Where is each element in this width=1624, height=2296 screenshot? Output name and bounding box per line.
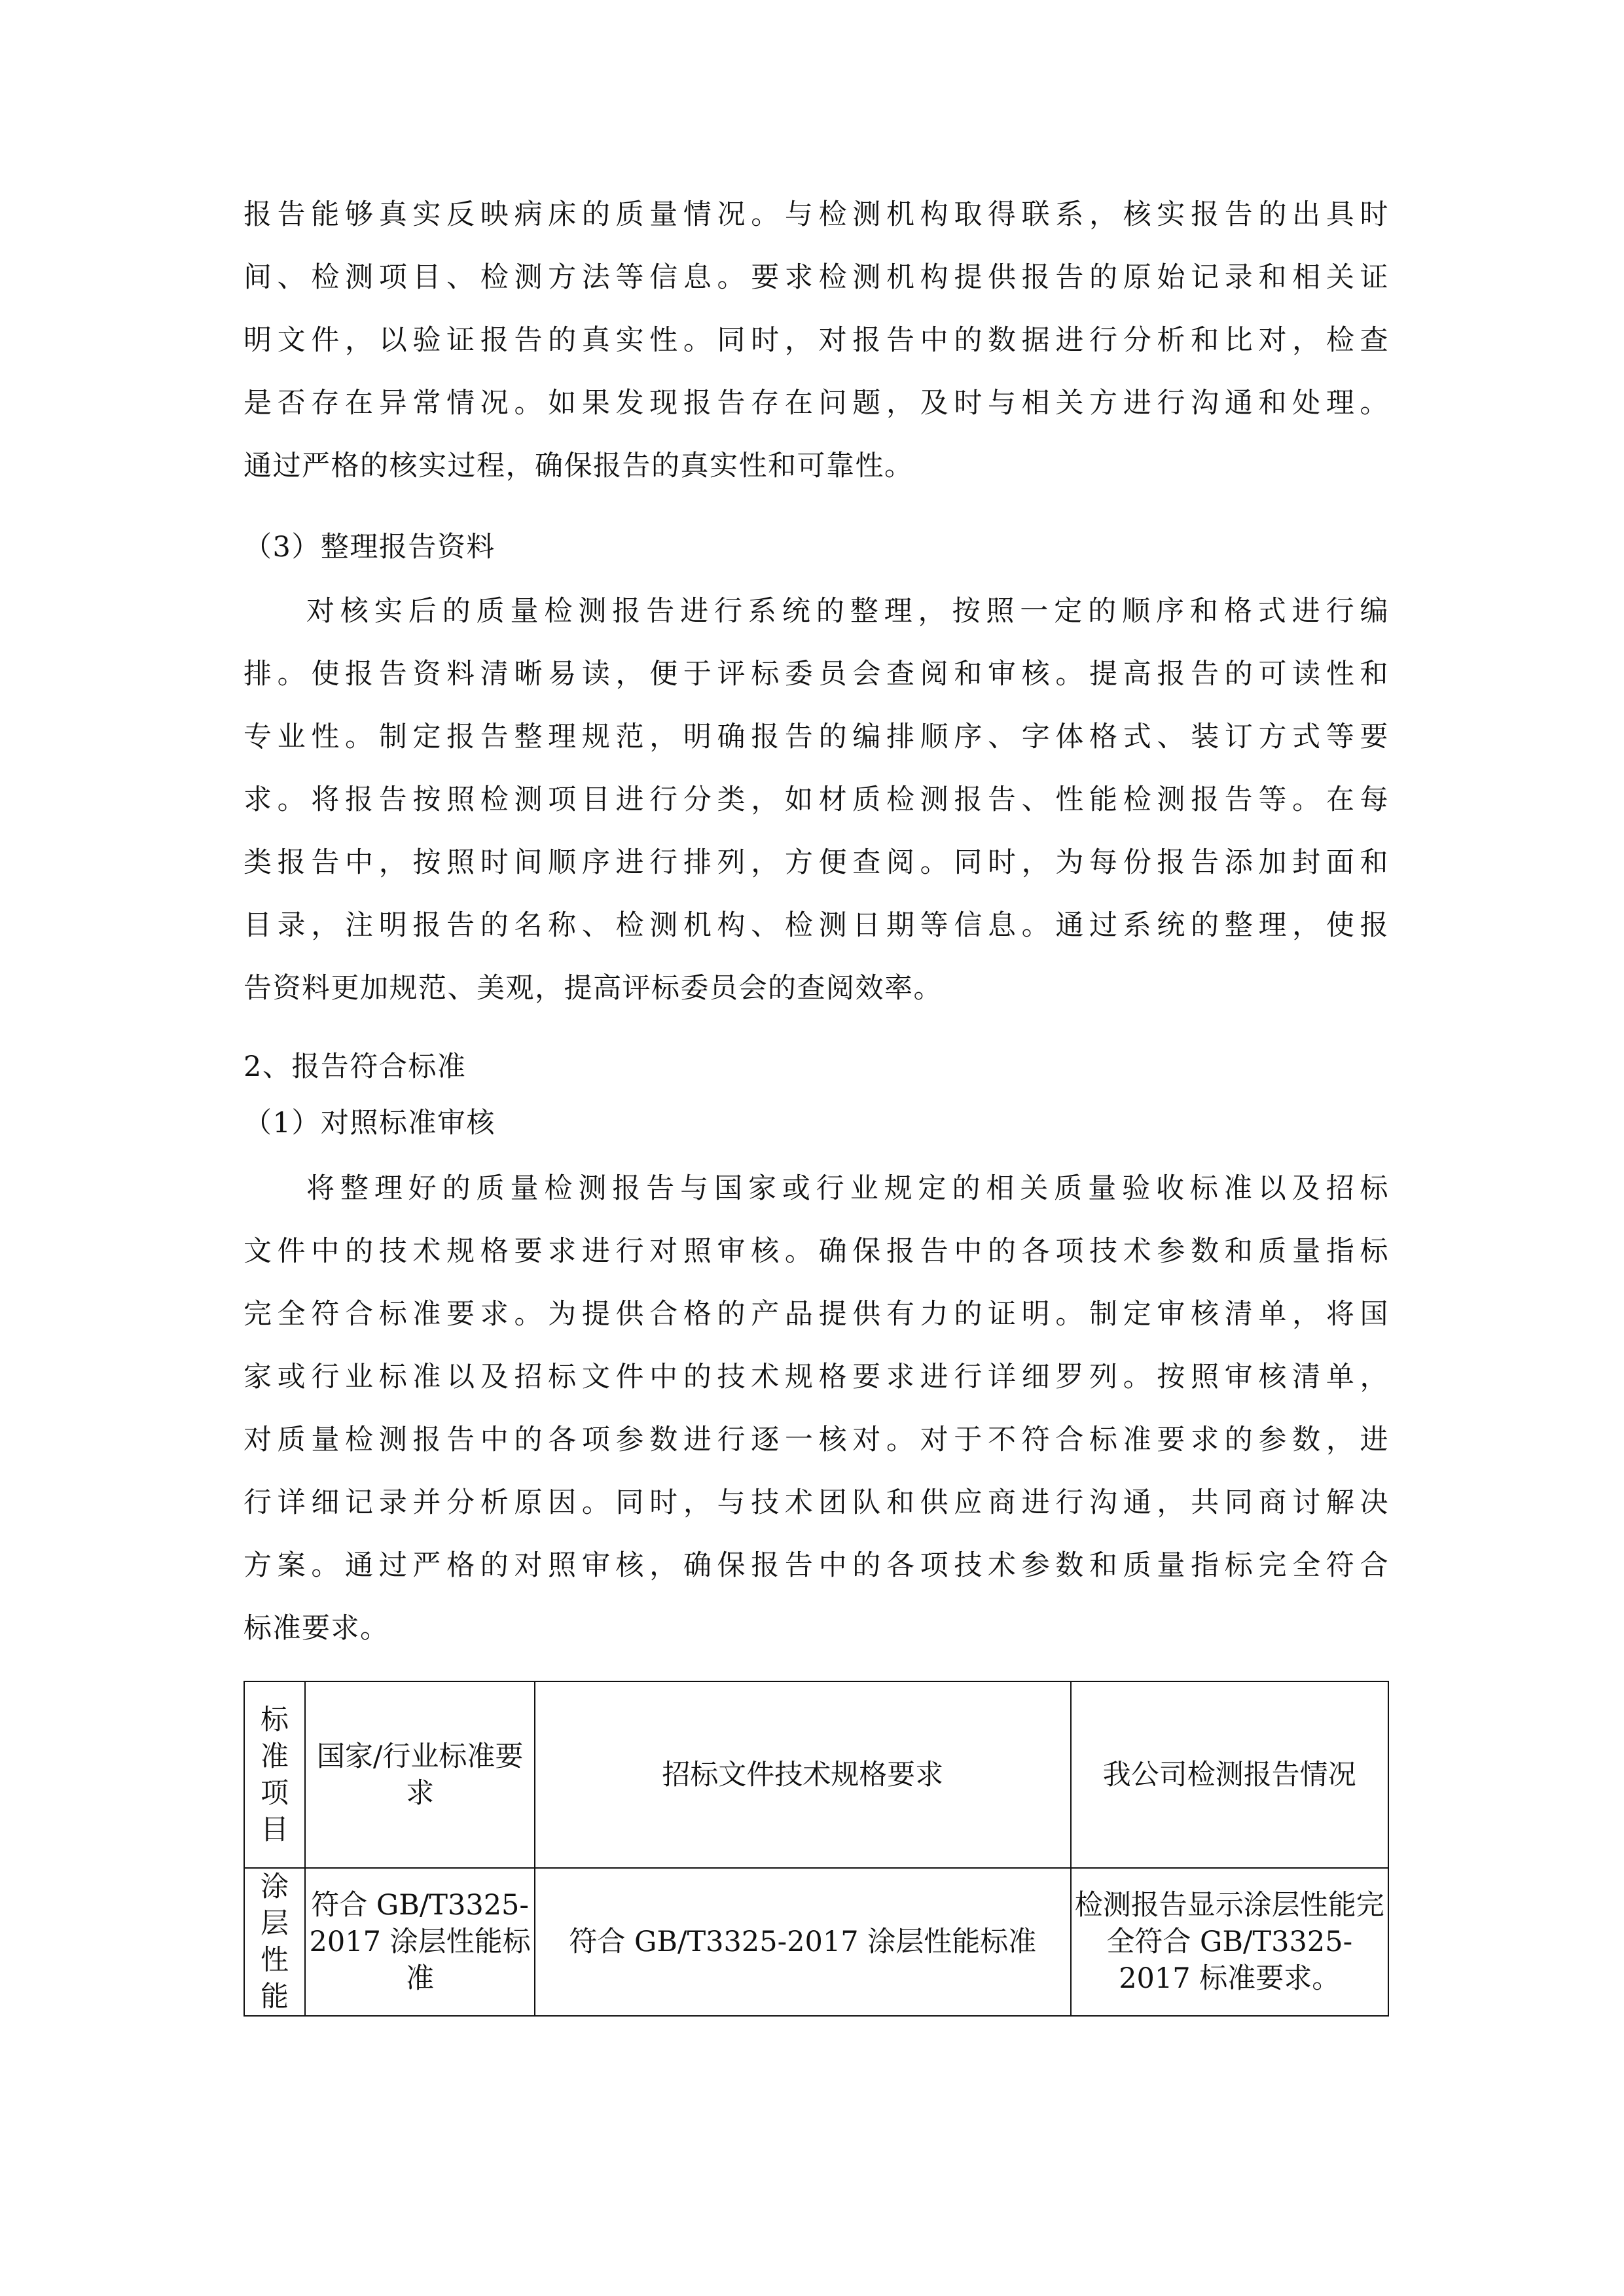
header-tender-spec: 招标文件技术规格要求 [535, 1681, 1070, 1868]
paragraph-line: 文件中的技术规格要求进行对照审核。确保报告中的各项技术参数和质量指标 [244, 1232, 1389, 1271]
standards-comparison-table: 标准项目 国家/行业标准要求 招标文件技术规格要求 我公司检测报告情况 涂层性能… [244, 1681, 1389, 2017]
paragraph-line: 将整理好的质量检测报告与国家或行业规定的相关质量验收标准以及招标 [244, 1169, 1389, 1208]
paragraph-line: 类报告中，按照时间顺序进行排列，方便查阅。同时，为每份报告添加封面和 [244, 843, 1389, 882]
paragraph-line: 对质量检测报告中的各项参数进行逐一核对。对于不符合标准要求的参数，进 [244, 1420, 1389, 1460]
header-standard-item: 标准项目 [244, 1681, 305, 1868]
paragraph-line: 间、检测项目、检测方法等信息。要求检测机构提供报告的原始记录和相关证 [244, 258, 1389, 297]
subheading-3: （3）整理报告资料 [244, 528, 496, 567]
paragraph-line: 对核实后的质量检测报告进行系统的整理，按照一定的顺序和格式进行编 [244, 592, 1389, 631]
cell-our-report: 检测报告显示涂层性能完全符合 GB/T3325-2017 标准要求。 [1071, 1868, 1388, 2016]
section-heading-2: 2、报告符合标准 [244, 1047, 466, 1086]
paragraph-line: 标准要求。 [244, 1609, 1389, 1648]
table-header-row: 标准项目 国家/行业标准要求 招标文件技术规格要求 我公司检测报告情况 [244, 1681, 1388, 1868]
subheading-1: （1）对照标准审核 [244, 1103, 496, 1143]
paragraph-line: 家或行业标准以及招标文件中的技术规格要求进行详细罗列。按照审核清单， [244, 1357, 1389, 1397]
paragraph-line: 是否存在异常情况。如果发现报告存在问题，及时与相关方进行沟通和处理。 [244, 384, 1389, 423]
paragraph-line: 方案。通过严格的对照审核，确保报告中的各项技术参数和质量指标完全符合 [244, 1546, 1389, 1585]
paragraph-line: 报告能够真实反映病床的质量情况。与检测机构取得联系，核实报告的出具时 [244, 195, 1389, 234]
table-row: 涂层性能 符合 GB/T3325-2017 涂层性能标准 符合 GB/T3325… [244, 1868, 1388, 2016]
header-national-standard: 国家/行业标准要求 [305, 1681, 535, 1868]
paragraph-line: 行详细记录并分析原因。同时，与技术团队和供应商进行沟通，共同商讨解决 [244, 1483, 1389, 1522]
paragraph-line: 排。使报告资料清晰易读，便于评标委员会查阅和审核。提高报告的可读性和 [244, 655, 1389, 694]
paragraph-line: 告资料更加规范、美观，提高评标委员会的查阅效率。 [244, 969, 1389, 1008]
cell-tender-spec: 符合 GB/T3325-2017 涂层性能标准 [535, 1868, 1070, 2016]
paragraph-line: 专业性。制定报告整理规范，明确报告的编排顺序、字体格式、装订方式等要 [244, 717, 1389, 757]
cell-item: 涂层性能 [244, 1868, 305, 2016]
paragraph-line: 求。将报告按照检测项目进行分类，如材质检测报告、性能检测报告等。在每 [244, 780, 1389, 819]
cell-national-standard: 符合 GB/T3325-2017 涂层性能标准 [305, 1868, 535, 2016]
paragraph-line: 通过严格的核实过程，确保报告的真实性和可靠性。 [244, 446, 1389, 486]
header-our-report: 我公司检测报告情况 [1071, 1681, 1388, 1868]
paragraph-line: 完全符合标准要求。为提供合格的产品提供有力的证明。制定审核清单，将国 [244, 1295, 1389, 1334]
paragraph-line: 目录，注明报告的名称、检测机构、检测日期等信息。通过系统的整理，使报 [244, 906, 1389, 945]
paragraph-line: 明文件，以验证报告的真实性。同时，对报告中的数据进行分析和比对，检查 [244, 321, 1389, 360]
